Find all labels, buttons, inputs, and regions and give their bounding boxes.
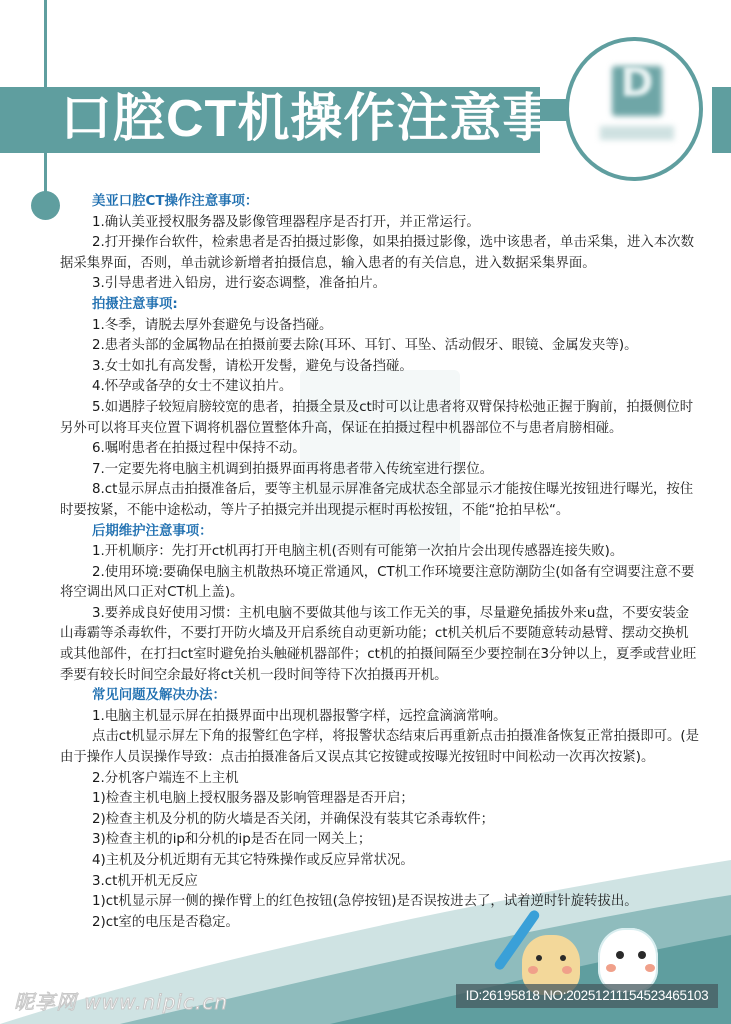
list-item: 1.冬季，请脱去厚外套避免与设备挡碰。 — [60, 316, 700, 337]
cheek-icon — [645, 964, 655, 972]
list-item: 4.怀孕或备孕的女士不建议拍片。 — [60, 377, 700, 398]
sub-item: 1)ct机显示屏一侧的操作臂上的红色按钮(急停按钮)是否误按进去了，试着逆时针旋… — [60, 892, 700, 913]
list-item: 2.分机客户端连不上主机 — [60, 769, 700, 790]
list-item: 3.引导患者进入铅房，进行姿态调整，准备拍片。 — [60, 274, 700, 295]
sub-item: 1)检查主机电脑上授权服务器及影响管理器是否开启； — [60, 789, 700, 810]
list-item: 5.如遇脖子较短肩膀较宽的患者，拍摄全景及ct时可以让患者将双臂保持松弛正握于胸… — [60, 398, 700, 439]
list-item: 2.使用环境:要确保电脑主机散热环境正常通风，CT机工作环境要注意防潮防尘(如备… — [60, 563, 700, 604]
section-heading: 美亚口腔CT操作注意事项： — [60, 192, 700, 213]
banner-right-bar — [712, 87, 731, 153]
cheek-icon — [528, 966, 538, 974]
eye-icon — [560, 955, 566, 961]
list-item: 1.电脑主机显示屏在拍摄界面中出现机器报警字样，远控盒滴滴常响。 — [60, 707, 700, 728]
document-body: 美亚口腔CT操作注意事项： 1.确认美亚授权服务器及影像管理器程序是否打开，并正… — [60, 192, 700, 933]
eye-icon — [638, 951, 646, 959]
cheek-icon — [562, 966, 572, 974]
section-heading: 常见问题及解决办法： — [60, 686, 700, 707]
sub-item: 2)检查主机及分机的防火墙是否关闭，并确保没有装其它杀毒软件； — [60, 810, 700, 831]
page-title: 口腔CT机操作注意事项 — [60, 82, 608, 156]
logo-caption — [600, 126, 674, 140]
list-item: 6.嘱咐患者在拍摄过程中保持不动。 — [60, 439, 700, 460]
list-item: 8.ct显示屏点击拍摄准备后，要等主机显示屏准备完成状态全部显示才能按住曝光按钮… — [60, 480, 700, 521]
list-item: 2.患者头部的金属物品在拍摄前要去除(耳环、耳钉、耳坠、活动假牙、眼镜、金属发夹… — [60, 336, 700, 357]
site-watermark: 昵享网 www.nipic.cn — [14, 986, 228, 1015]
sub-item: 3)检查主机的ip和分机的ip是否在同一网关上； — [60, 830, 700, 851]
list-item: 1.开机顺序：先打开ct机再打开电脑主机(否则有可能第一次拍片会出现传感器连接失… — [60, 542, 700, 563]
list-item: 3.要养成良好使用习惯：主机电脑不要做其他与该工作无关的事，尽量避免插拔外来u盘… — [60, 604, 700, 686]
list-item: 7.一定要先将电脑主机调到拍摄界面再将患者带入传统室进行摆位。 — [60, 460, 700, 481]
section-heading: 拍摄注意事项: — [60, 295, 700, 316]
list-item: 点击ct机显示屏左下角的报警红色字样，将报警状态结束后再重新点击拍摄准备恢复正常… — [60, 727, 700, 768]
list-item: 1.确认美亚授权服务器及影像管理器程序是否打开，并正常运行。 — [60, 213, 700, 234]
list-item: 3.女士如扎有高发髻，请松开发髻，避免与设备挡碰。 — [60, 357, 700, 378]
section-heading: 后期维护注意事项： — [60, 522, 700, 543]
sub-item: 4)主机及分机近期有无其它特殊操作或反应异常状况。 — [60, 851, 700, 872]
list-item: 2.打开操作台软件，检索患者是否拍摄过影像，如果拍摄过影像，选中该患者，单击采集… — [60, 233, 700, 274]
image-id-badge: ID:26195818 NO:20251211154523465103 — [456, 984, 718, 1008]
eye-icon — [616, 951, 624, 959]
sub-item: 2)ct室的电压是否稳定。 — [60, 913, 700, 934]
logo-letter-icon: D — [612, 60, 662, 120]
list-item: 3.ct机开机无反应 — [60, 872, 700, 893]
happy-tooth-icon — [598, 928, 658, 992]
eye-icon — [536, 955, 542, 961]
decorative-dot — [31, 191, 60, 220]
cheek-icon — [606, 964, 616, 972]
